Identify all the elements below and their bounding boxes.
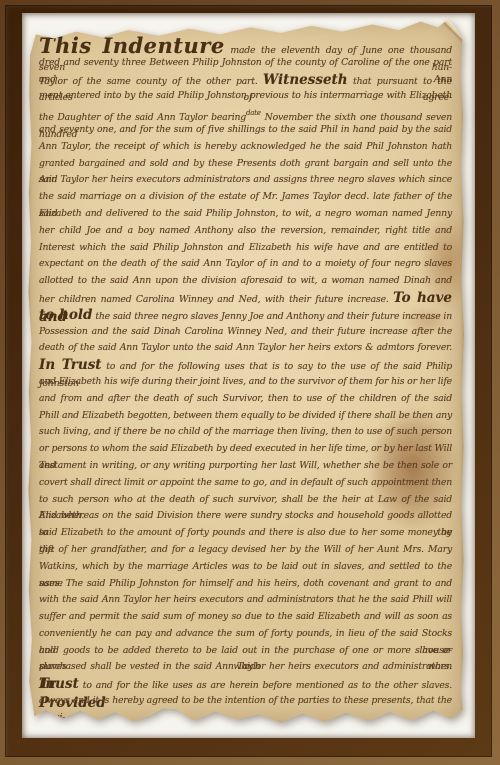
manuscript-text: This Indenture made the eleventh day of … bbox=[39, 38, 452, 710]
text-segment: Ann Taylor, the receipt of which is here… bbox=[39, 141, 452, 152]
text-segment: Ann Taylor her heirs executors administr… bbox=[39, 174, 452, 185]
manuscript-line: Phill and Elizabeth begotten, between th… bbox=[39, 408, 452, 425]
manuscript-line: such living, and if there be no child of… bbox=[39, 424, 452, 441]
manuscript-line: her children named Carolina Winney and N… bbox=[39, 290, 452, 307]
text-segment: Interest which the said Philip Johnston … bbox=[39, 242, 452, 253]
manuscript-line: the said marriage on a division of the e… bbox=[39, 189, 452, 206]
manuscript-line: Trust to and for the like uses as are he… bbox=[39, 676, 452, 693]
text-segment: expectant on the death of the said Ann T… bbox=[39, 258, 452, 269]
manuscript-line: Ann Taylor her heirs executors administr… bbox=[39, 172, 452, 189]
text-segment: and Elizabeth his wife during their join… bbox=[39, 376, 452, 387]
text-segment: death of the said Ann Taylor unto the sa… bbox=[39, 342, 452, 353]
manuscript-line: to hold the said three negro slaves Jenn… bbox=[39, 307, 452, 324]
framed-document-photo: This Indenture made the eleventh day of … bbox=[0, 0, 500, 765]
manuscript-line: covert shall direct limit or appoint the… bbox=[39, 475, 452, 492]
text-segment: Taylor of the same county of the other p… bbox=[39, 76, 263, 87]
text-segment: with the said Ann Taylor her heirs execu… bbox=[39, 594, 452, 605]
manuscript-line: ment entered into by the said Philip Joh… bbox=[39, 88, 452, 105]
text-segment: purchased shall be vested in the said An… bbox=[39, 661, 452, 672]
manuscript-line: allotted to the said Ann upon the divisi… bbox=[39, 273, 452, 290]
text-segment: Elizabeth and delivered to the said Phil… bbox=[39, 208, 452, 219]
manuscript-line: purchased shall be vested in the said An… bbox=[39, 659, 452, 676]
text-segment: ment entered into by the said Philip Joh… bbox=[39, 90, 452, 101]
manuscript-line: Possession and the said Dinah Carolina W… bbox=[39, 324, 452, 341]
manuscript-line: Elizabeth and delivered to the said Phil… bbox=[39, 206, 452, 223]
text-segment: covert shall direct limit or appoint the… bbox=[39, 477, 452, 488]
text-segment: Phill and Elizabeth begotten, between th… bbox=[39, 410, 452, 421]
manuscript-line: Watkins, which by the marriage Articles … bbox=[39, 559, 452, 576]
manuscript-paper: This Indenture made the eleventh day of … bbox=[28, 16, 464, 724]
picture-frame: This Indenture made the eleventh day of … bbox=[0, 0, 500, 765]
text-segment: the said three negro slaves Jenny Joe an… bbox=[92, 311, 452, 322]
manuscript-line: gift of her grandfather, and for a legac… bbox=[39, 542, 452, 559]
text-segment: to and for the like uses as are herein b… bbox=[79, 680, 452, 691]
manuscript-line: And whereas on the said Division there w… bbox=[39, 508, 452, 525]
manuscript-line: and Elizabeth his wife during their join… bbox=[39, 374, 452, 391]
manuscript-line: expectant on the death of the said Ann T… bbox=[39, 256, 452, 273]
text-segment: uses. The said Philip Johnston for himse… bbox=[39, 578, 452, 589]
text-segment: her children named Carolina Winney and N… bbox=[39, 294, 393, 305]
manuscript-line: or persons to whom the said Elizabeth by… bbox=[39, 441, 452, 458]
manuscript-line: the Daughter of the said Ann Taylor bear… bbox=[39, 105, 452, 122]
text-segment: Witnesseth bbox=[263, 72, 348, 88]
text-segment: gift of her grandfather, and for a legac… bbox=[39, 544, 452, 555]
manuscript-line: said Elizabeth to the amount of forty po… bbox=[39, 525, 452, 542]
manuscript-line: In Trust to and for the following uses t… bbox=[39, 357, 452, 374]
text-segment: Trust bbox=[39, 676, 79, 692]
manuscript-line: with the said Ann Taylor her heirs execu… bbox=[39, 592, 452, 609]
manuscript-line: uses. The said Philip Johnston for himse… bbox=[39, 576, 452, 593]
text-segment: Testament in writing, or any writing pur… bbox=[39, 460, 452, 471]
manuscript-line: and from and after the death of such Sur… bbox=[39, 391, 452, 408]
manuscript-line: hold goods to be added thereto to be lai… bbox=[39, 643, 452, 660]
manuscript-line: suffer and permit the said sum of money … bbox=[39, 609, 452, 626]
text-segment: to hold bbox=[39, 307, 92, 323]
text-segment: suffer and permit the said sum of money … bbox=[39, 611, 452, 622]
manuscript-line: and seventy one, and for the sum of five… bbox=[39, 122, 452, 139]
manuscript-line: conveniently he can pay and advance the … bbox=[39, 626, 452, 643]
manuscript-line: death of the said Ann Taylor unto the sa… bbox=[39, 340, 452, 357]
paper-sheet: This Indenture made the eleventh day of … bbox=[28, 16, 464, 724]
manuscript-line: Testament in writing, or any writing pur… bbox=[39, 458, 452, 475]
manuscript-line: her child Joe and a boy named Anthony al… bbox=[39, 223, 452, 240]
manuscript-line: always and it is hereby agreed to be the… bbox=[39, 693, 452, 710]
manuscript-line: This Indenture made the eleventh day of … bbox=[39, 38, 452, 55]
text-segment: always and it is hereby agreed to be the… bbox=[39, 695, 452, 723]
manuscript-line: Ann Taylor, the receipt of which is here… bbox=[39, 139, 452, 156]
manuscript-line: Interest which the said Philip Johnston … bbox=[39, 240, 452, 257]
text-segment: and seventy one, and for the sum of five… bbox=[39, 124, 452, 135]
folded-corner bbox=[442, 16, 464, 40]
text-segment: Possession and the said Dinah Carolina W… bbox=[39, 326, 452, 337]
manuscript-line: Taylor of the same county of the other p… bbox=[39, 72, 452, 89]
text-segment: allotted to the said Ann upon the divisi… bbox=[39, 275, 452, 286]
manuscript-line: dred and seventy three Between Philip Jo… bbox=[39, 55, 452, 72]
text-segment: date bbox=[246, 109, 261, 117]
text-segment: In Trust bbox=[39, 357, 102, 373]
text-segment: and from and after the death of such Sur… bbox=[39, 393, 452, 404]
text-segment: such living, and if there be no child of… bbox=[39, 426, 452, 437]
manuscript-line: to such person who at the death of such … bbox=[39, 492, 452, 509]
manuscript-line: granted bargained and sold and by these … bbox=[39, 156, 452, 173]
text-segment: her child Joe and a boy named Anthony al… bbox=[39, 225, 452, 236]
